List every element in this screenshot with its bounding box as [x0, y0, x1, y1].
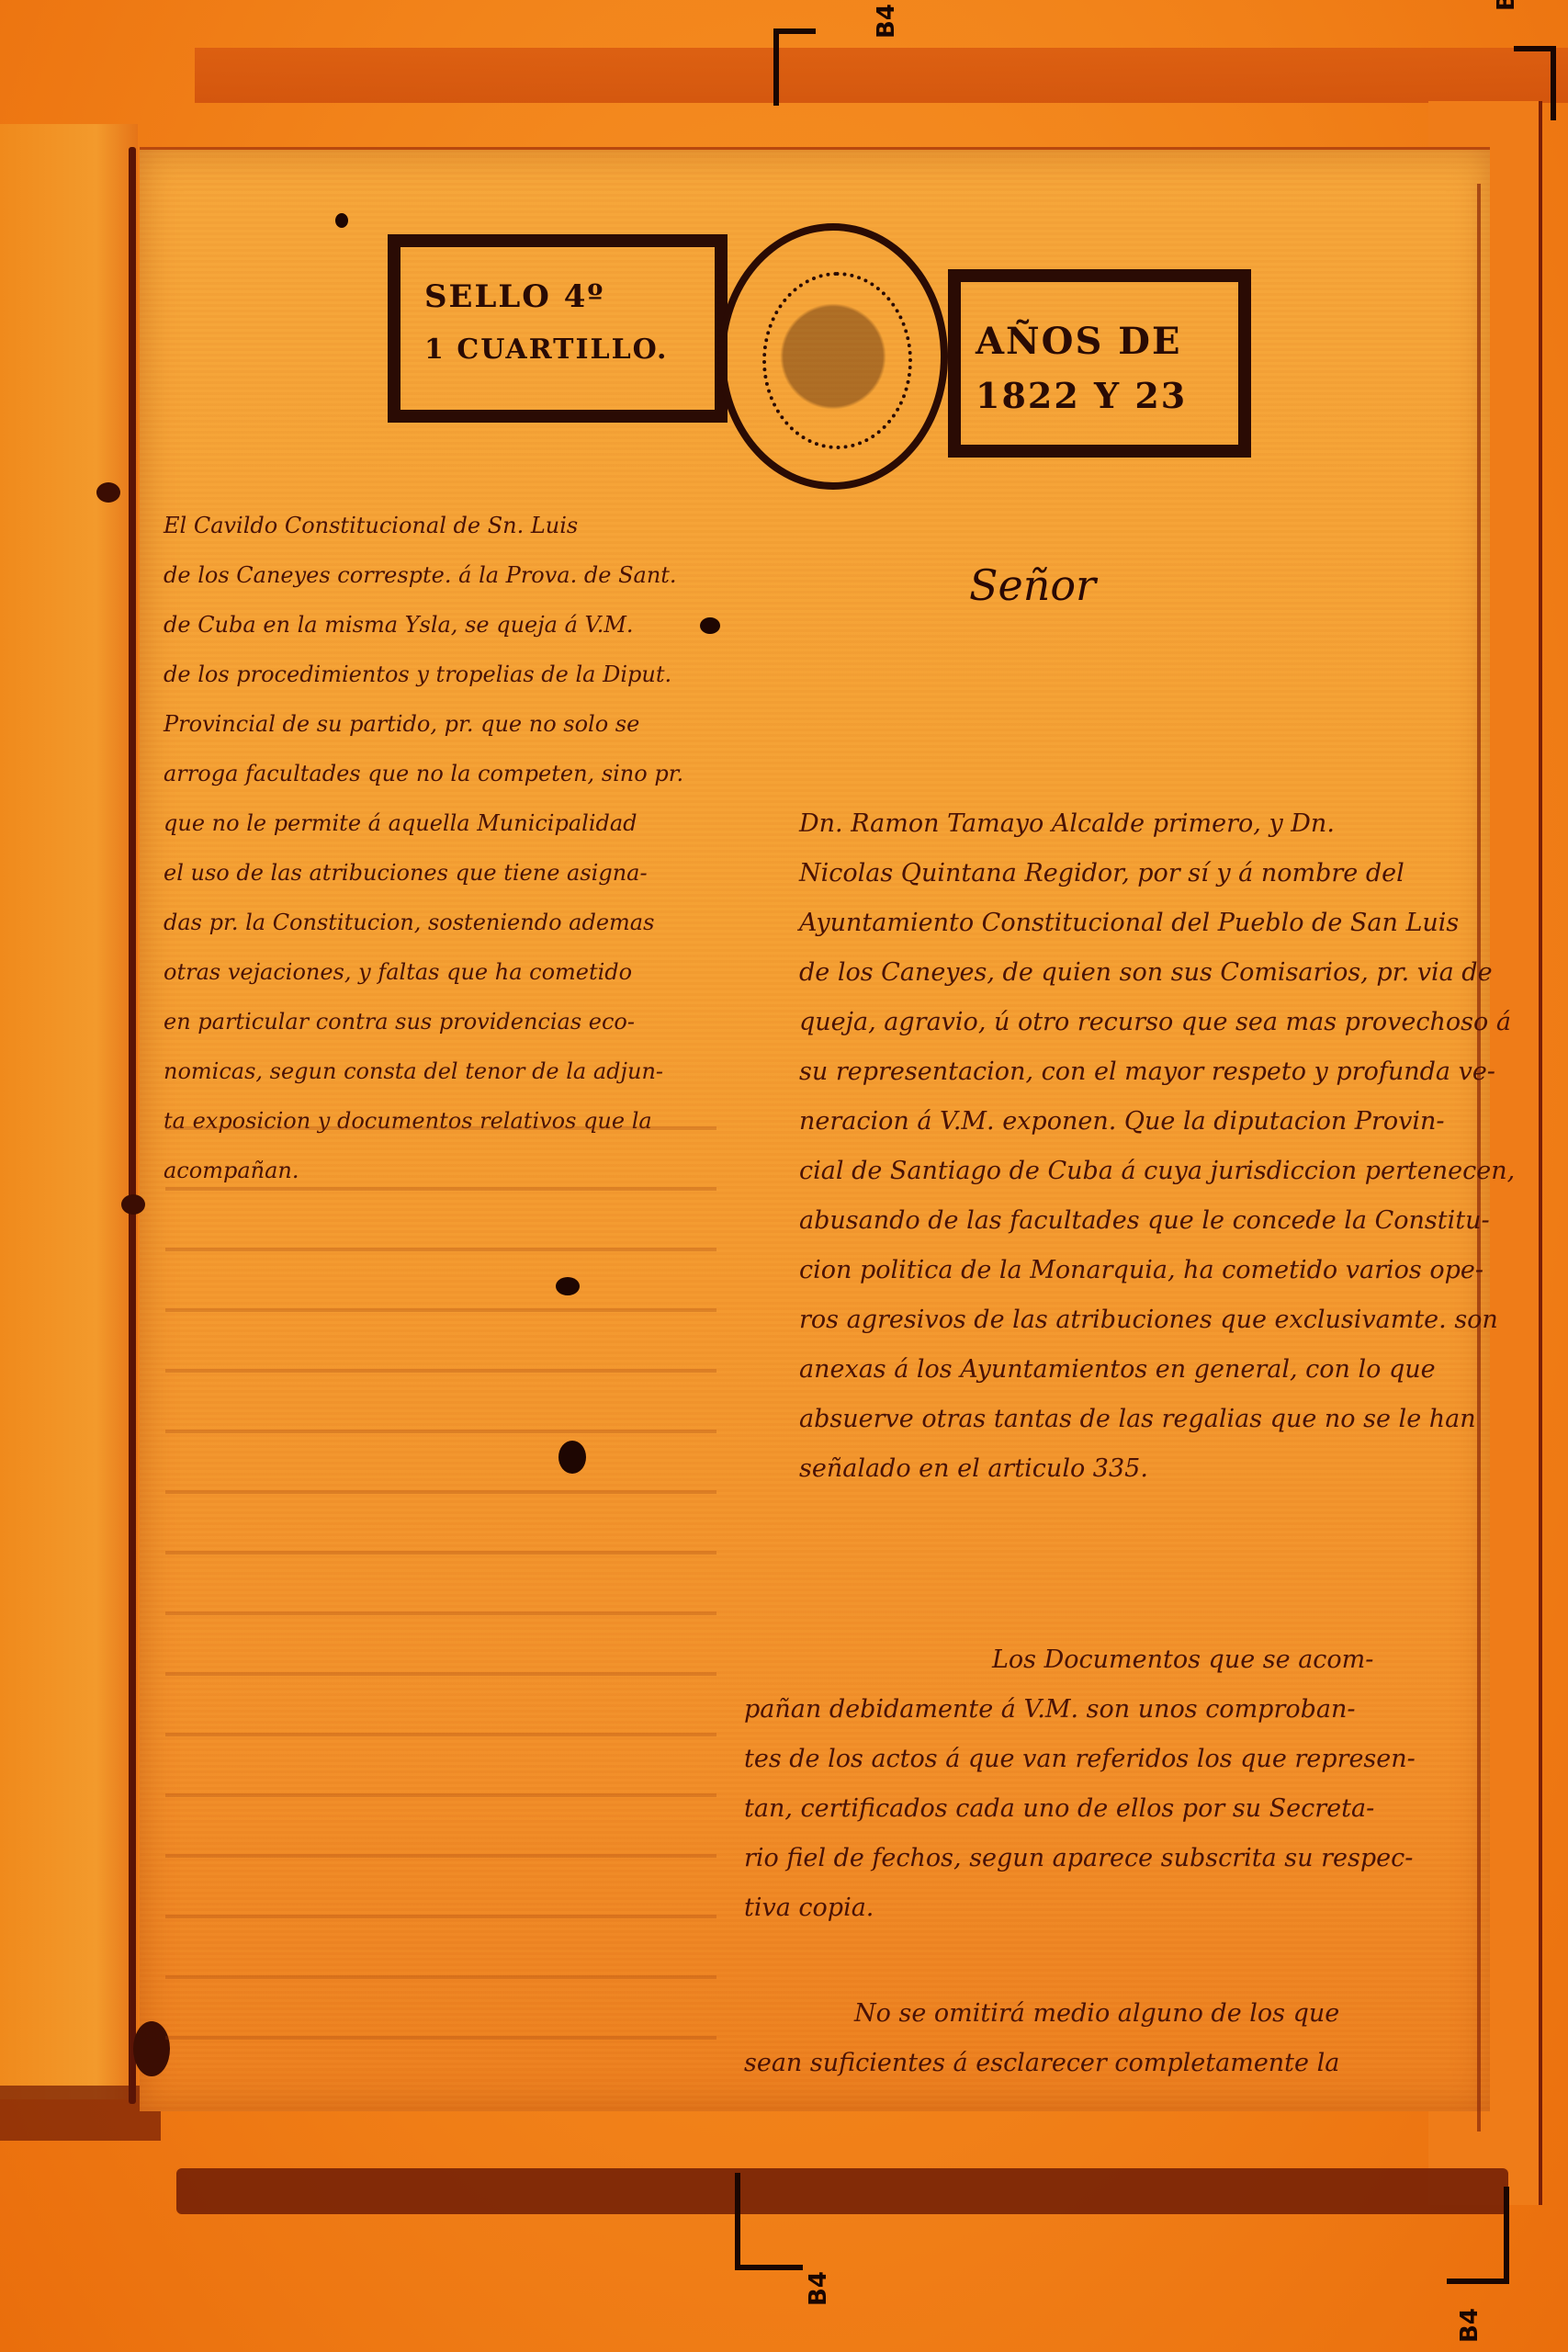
stamp-frame-left: [388, 234, 728, 423]
salutation: Señor: [969, 560, 1096, 610]
crop-mark-bottom-left: [735, 2173, 803, 2270]
stamp-years: 1822 Y 23: [976, 375, 1187, 416]
petition-line: su representacion, con el mayor respeto …: [799, 1047, 1515, 1097]
summary-line: de los procedimientos y tropelias de la …: [164, 650, 683, 699]
binding-knot-icon: [121, 1194, 145, 1215]
petition-line: Los Documentos que se acom-: [744, 1635, 1416, 1685]
summary-line: de Cuba en la misma Ysla, se queja á V.M…: [164, 600, 683, 650]
petition-line: anexas á los Ayuntamientos en general, c…: [799, 1345, 1515, 1395]
official-tax-stamp: SELLO 4º 1 CUARTILLO. AÑOS DE 1822 Y 23: [388, 223, 1260, 462]
summary-line: Provincial de su partido, pr. que no sol…: [164, 699, 683, 749]
crop-mark-bottom-right: [1447, 2187, 1509, 2284]
summary-line: que no le permite á aquella Municipalida…: [164, 798, 683, 848]
petition-line: pañan debidamente á V.M. son unos compro…: [744, 1685, 1416, 1735]
binding-knot-icon: [133, 2021, 170, 2076]
petition-line: señalado en el articulo 335.: [799, 1444, 1515, 1494]
summary-line: das pr. la Constitucion, sosteniendo ade…: [164, 898, 683, 947]
petition-paragraph-1: Dn. Ramon Tamayo Alcalde primero, y Dn. …: [799, 799, 1515, 1494]
bleed-through-text: [165, 1084, 716, 2049]
petition-line: Ayuntamiento Constitucional del Pueblo d…: [799, 899, 1515, 948]
petition-paragraph-3: No se omitirá medio alguno de los que se…: [744, 1989, 1339, 2088]
summary-line: de los Caneyes correspte. á la Prova. de…: [164, 550, 683, 600]
crop-mark-top-left: [773, 28, 816, 106]
petition-line: sean suficientes á esclarecer completame…: [744, 2039, 1339, 2088]
petition-line: Dn. Ramon Tamayo Alcalde primero, y Dn.: [799, 799, 1515, 849]
petition-line: Nicolas Quintana Regidor, por sí y á nom…: [799, 849, 1515, 899]
crop-label: B4: [1493, 0, 1520, 11]
petition-line: ros agresivos de las atribuciones que ex…: [799, 1295, 1515, 1345]
petition-line: neracion á V.M. exponen. Que la diputaci…: [799, 1097, 1515, 1147]
top-shadow-band: [195, 48, 1568, 103]
ink-blot: [335, 213, 348, 228]
crop-label: B4: [1456, 2308, 1483, 2343]
petition-line: tiva copia.: [744, 1883, 1416, 1933]
crop-mark-top-right: [1514, 46, 1556, 120]
left-shadow: [0, 2086, 161, 2141]
petition-line: tes de los actos á que van referidos los…: [744, 1735, 1416, 1784]
petition-line: abusando de las facultades que le conced…: [799, 1196, 1515, 1246]
stamp-frame-right: [948, 269, 1251, 458]
stamp-sello: SELLO 4º: [424, 278, 604, 315]
summary-line: otras vejaciones, y faltas que ha cometi…: [164, 947, 683, 997]
petition-line: absuerve otras tantas de las regalias qu…: [799, 1395, 1515, 1444]
petition-line: de los Caneyes, de quien son sus Comisar…: [799, 948, 1515, 998]
ink-blot: [556, 1277, 580, 1295]
petition-line: cion politica de la Monarquia, ha cometi…: [799, 1246, 1515, 1295]
ink-blot: [558, 1441, 586, 1474]
petition-line: rio fiel de fechos, segun aparece subscr…: [744, 1834, 1416, 1883]
coat-of-arms-icon: [762, 272, 912, 449]
left-facing-page: [0, 124, 138, 2099]
petition-line: No se omitirá medio alguno de los que: [744, 1989, 1339, 2039]
petition-line: tan, certificados cada uno de ellos por …: [744, 1784, 1416, 1834]
stamp-anos: AÑOS DE: [976, 320, 1181, 363]
crop-label: B4: [805, 2271, 832, 2306]
summary-line: en particular contra sus providencias ec…: [164, 997, 683, 1046]
summary-line: El Cavildo Constitucional de Sn. Luis: [164, 501, 683, 550]
stamp-cuartillo: 1 CUARTILLO.: [424, 334, 668, 366]
bottom-shadow-band: [176, 2168, 1508, 2214]
summary-line: el uso de las atribuciones que tiene asi…: [164, 848, 683, 898]
summary-line: arroga facultades que no la competen, si…: [164, 749, 683, 798]
ink-blot: [700, 617, 720, 634]
binding-knot-icon: [96, 482, 120, 503]
binding-spine: [129, 147, 136, 2104]
petition-line: cial de Santiago de Cuba á cuya jurisdic…: [799, 1147, 1515, 1196]
crop-label: B4: [873, 4, 900, 39]
petition-paragraph-2: Los Documentos que se acom- pañan debida…: [744, 1635, 1416, 1933]
royal-seal-icon: [718, 223, 948, 490]
petition-line: queja, agravio, ú otro recurso que sea m…: [799, 998, 1515, 1047]
